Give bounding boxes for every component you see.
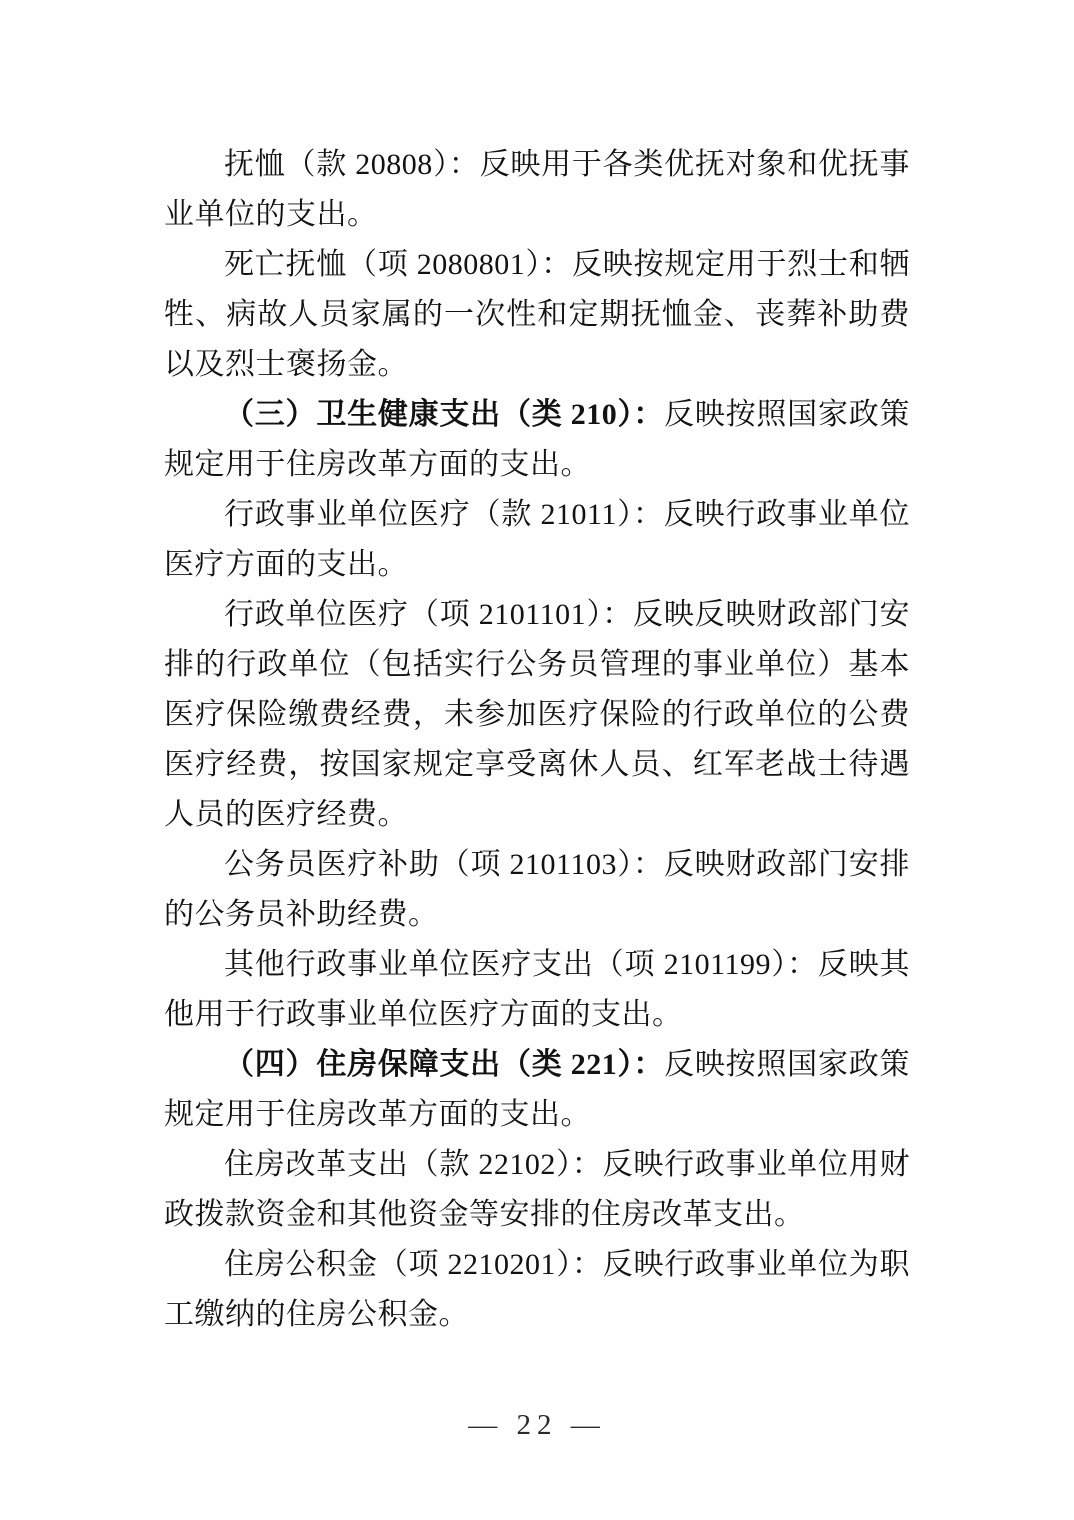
page-number: — 22 — [0,1405,1074,1445]
paragraph: 其他行政事业单位医疗支出（项 2101199）：反映其他用于行政事业单位医疗方面… [164,940,910,1040]
paragraph: 行政事业单位医疗（款 21011）：反映行政事业单位医疗方面的支出。 [164,490,910,590]
paragraph-text: 行政单位医疗（项 2101101）：反映反映财政部门安排的行政单位（包括实行公务… [164,598,910,831]
paragraph: 死亡抚恤（项 2080801）：反映按规定用于烈士和牺牲、病故人员家属的一次性和… [164,240,910,390]
paragraph-text: 死亡抚恤（项 2080801）：反映按规定用于烈士和牺牲、病故人员家属的一次性和… [164,248,910,381]
paragraph-text: 其他行政事业单位医疗支出（项 2101199）：反映其他用于行政事业单位医疗方面… [164,948,910,1031]
paragraph-text: 行政事业单位医疗（款 21011）：反映行政事业单位医疗方面的支出。 [164,498,910,581]
paragraph-section-heading-3: （三）卫生健康支出（类 210）：反映按照国家政策规定用于住房改革方面的支出。 [164,390,910,490]
document-body: 抚恤（款 20808）：反映用于各类优抚对象和优抚事业单位的支出。 死亡抚恤（项… [164,140,910,1340]
paragraph-text: 公务员医疗补助（项 2101103）：反映财政部门安排的公务员补助经费。 [164,848,910,931]
paragraph-heading: （四）住房保障支出（类 221）： [224,1048,664,1081]
paragraph: 住房改革支出（款 22102）：反映行政事业单位用财政拨款资金和其他资金等安排的… [164,1140,910,1240]
paragraph: 公务员医疗补助（项 2101103）：反映财政部门安排的公务员补助经费。 [164,840,910,940]
paragraph: 行政单位医疗（项 2101101）：反映反映财政部门安排的行政单位（包括实行公务… [164,590,910,840]
paragraph-heading: （三）卫生健康支出（类 210）： [224,398,664,431]
document-page: 抚恤（款 20808）：反映用于各类优抚对象和优抚事业单位的支出。 死亡抚恤（项… [0,0,1074,1520]
paragraph: 抚恤（款 20808）：反映用于各类优抚对象和优抚事业单位的支出。 [164,140,910,240]
paragraph-text: 抚恤（款 20808）：反映用于各类优抚对象和优抚事业单位的支出。 [164,148,910,231]
paragraph-text: 住房公积金（项 2210201）：反映行政事业单位为职工缴纳的住房公积金。 [164,1248,910,1331]
paragraph-text: 住房改革支出（款 22102）：反映行政事业单位用财政拨款资金和其他资金等安排的… [164,1148,910,1231]
paragraph-section-heading-4: （四）住房保障支出（类 221）：反映按照国家政策规定用于住房改革方面的支出。 [164,1040,910,1140]
paragraph: 住房公积金（项 2210201）：反映行政事业单位为职工缴纳的住房公积金。 [164,1240,910,1340]
